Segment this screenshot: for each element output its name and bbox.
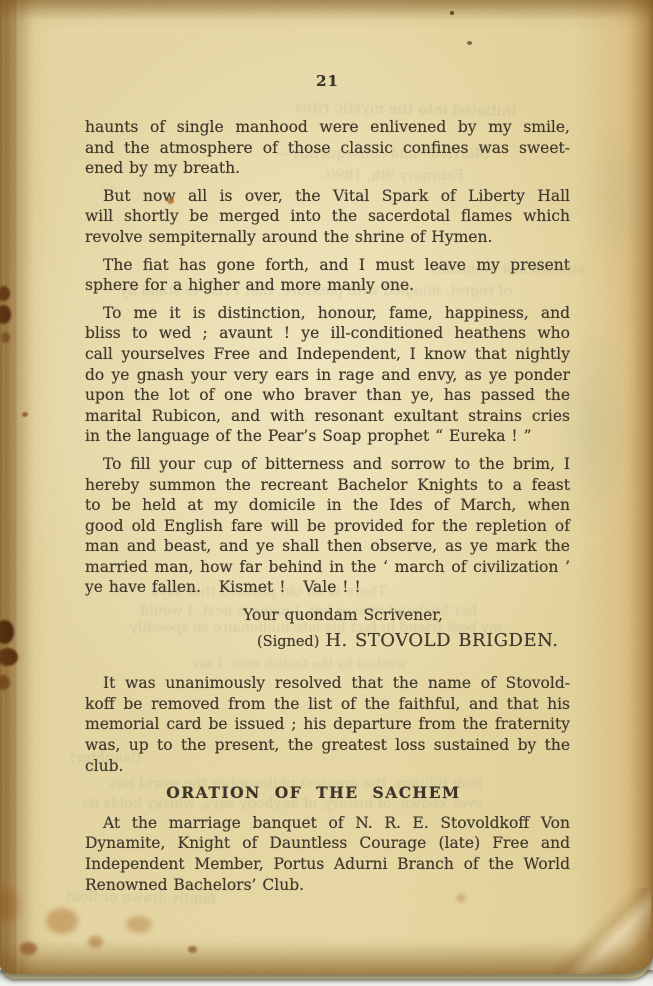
paragraph: But now all is over, the Vital Spark of … xyxy=(85,186,570,248)
text-line: will shortly be merged into the sacerdot… xyxy=(85,206,570,227)
text-line: To fill your cup of bitterness and sorro… xyxy=(85,454,570,475)
signature-salutation: Your quondam Scrivener, xyxy=(243,605,570,626)
text-line: to be held at my domicile in the Ides of… xyxy=(85,495,570,516)
text-line: was, up to the present, the greatest los… xyxy=(85,735,570,756)
signature-line: (Signed) H. STOVOLD BRIGDEN. xyxy=(257,631,570,653)
ink-speck xyxy=(450,11,454,15)
paragraph: The fiat has gone forth, and I must leav… xyxy=(85,255,570,296)
text-line: man and beast, and ye shall then observe… xyxy=(85,536,570,557)
text-line: do ye gnash your very ears in rage and e… xyxy=(85,365,570,386)
gutter-shadow xyxy=(5,0,35,974)
text-line: good old English fare will be provided f… xyxy=(85,516,570,537)
text-line: and the atmosphere of those classic conf… xyxy=(85,138,570,159)
text-line: revolve sempiternally around the shrine … xyxy=(85,227,570,248)
ink-speck xyxy=(467,41,472,45)
paragraph: It was unanimously resolved that the nam… xyxy=(85,673,570,776)
paragraph: At the marriage banquet of N. R. E. Stov… xyxy=(85,813,570,895)
resolution-text: It was unanimously resolved that the nam… xyxy=(85,673,570,776)
text-line: At the marriage banquet of N. R. E. Stov… xyxy=(85,813,570,834)
foxing-stain xyxy=(88,936,103,948)
text-line: sphere for a higher and more manly one. xyxy=(85,275,570,296)
signatory-name: H. STOVOLD BRIGDEN. xyxy=(325,630,558,651)
foxing-stain xyxy=(126,916,152,933)
text-line: memorial card be issued ; his departure … xyxy=(85,714,570,735)
text-line: upon the lot of one who braver than ye, … xyxy=(85,385,570,406)
text-line: ye have fallen. Kismet ! Vale ! ! xyxy=(85,577,570,598)
section-heading: ORATION OF THE SACHEM xyxy=(71,783,556,804)
text-line: To me it is distinction, honour, fame, h… xyxy=(85,303,570,324)
oration-text: At the marriage banquet of N. R. E. Stov… xyxy=(85,813,570,895)
foxing-stain xyxy=(46,908,78,934)
text-line: bliss to wed ; avaunt ! ye ill-condition… xyxy=(85,323,570,344)
text-line: Dynamite, Knight of Dauntless Courage (l… xyxy=(85,833,570,854)
signature-block: Your quondam Scrivener, (Signed) H. STOV… xyxy=(85,605,570,652)
page-number: 21 xyxy=(85,72,570,90)
corner-fold-shading xyxy=(551,888,651,974)
text-line: married man, how far behind in the ‘ mar… xyxy=(85,557,570,578)
text-line: marital Rubicon, and with resonant exult… xyxy=(85,406,570,427)
signed-label: (Signed) xyxy=(257,634,319,650)
paragraph: haunts of single manhood were enlivened … xyxy=(85,117,570,179)
paragraph: To me it is distinction, honour, fame, h… xyxy=(85,303,570,447)
text-line: ened by my breath. xyxy=(85,158,570,179)
text-line: haunts of single manhood were enlivened … xyxy=(85,117,570,138)
text-line: hereby summon the recreant Bachelor Knig… xyxy=(85,475,570,496)
text-line: It was unanimously resolved that the nam… xyxy=(85,673,570,694)
paragraph: To fill your cup of bitterness and sorro… xyxy=(85,454,570,598)
text-line: But now all is over, the Vital Spark of … xyxy=(85,186,570,207)
book-scan: Initiated into the mystic ritesMarried—a… xyxy=(0,0,653,986)
text-line: Renowned Bachelors’ Club. xyxy=(85,875,570,896)
main-text: haunts of single manhood were enlivened … xyxy=(85,117,570,598)
text-line: call yourselves Free and Independent, I … xyxy=(85,344,570,365)
show-through-blotch xyxy=(592,120,640,270)
text-line: koff be removed from the list of the fai… xyxy=(85,694,570,715)
text-line: club. xyxy=(85,756,570,777)
binding-crease xyxy=(13,0,20,974)
text-line: The fiat has gone forth, and I must leav… xyxy=(85,255,570,276)
text-line: Independent Member, Portus Adurni Branch… xyxy=(85,854,570,875)
text-block: haunts of single manhood were enlivened … xyxy=(85,117,570,902)
foxing-stain xyxy=(188,946,197,953)
book-page: Initiated into the mystic ritesMarried—a… xyxy=(0,0,653,974)
text-line: in the language of the Pear’s Soap proph… xyxy=(85,426,570,447)
